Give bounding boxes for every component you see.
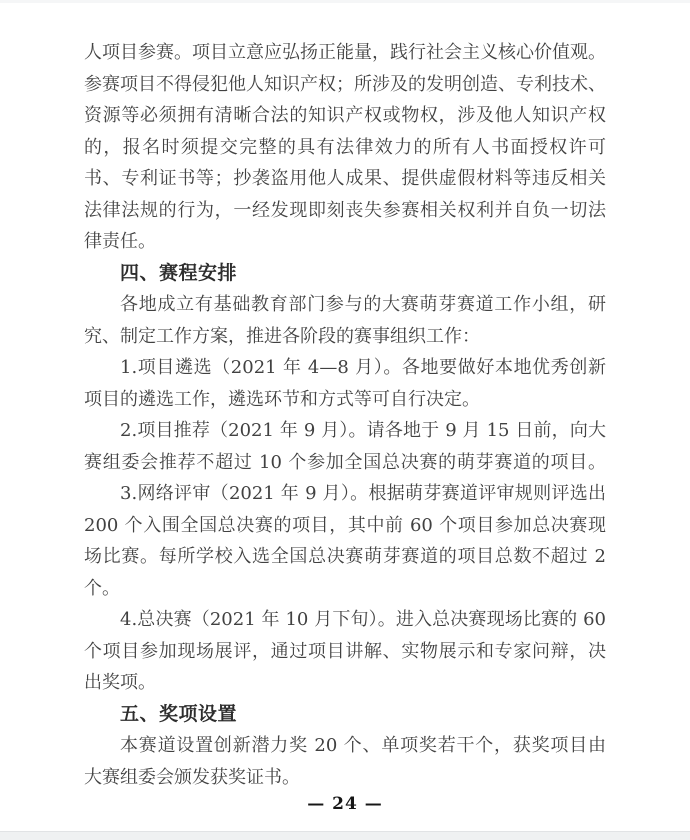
text-line: 参赛项目不得侵犯他人知识产权；所涉及的发明创造、专利技术、 [84, 69, 606, 101]
text-line: 书、专利证书等；抄袭盗用他人成果、提供虚假材料等违反相关 [84, 163, 606, 195]
page-number: — 24 — [0, 794, 690, 814]
text-line: 3.网络评审（2021 年 9 月）。根据萌芽赛道评审规则评选出 [84, 478, 606, 510]
text-line: 个项目参加现场展评，通过项目讲解、实物展示和专家问辩，决 [84, 636, 606, 668]
text-line: 项目的遴选工作，遴选环节和方式等可自行决定。 [84, 384, 606, 416]
text-line: 的，报名时须提交完整的具有法律效力的所有人书面授权许可 [84, 132, 606, 164]
section-heading: 五、奖项设置 [84, 699, 606, 731]
text-line: 本赛道设置创新潜力奖 20 个、单项奖若干个，获奖项目由 [84, 730, 606, 762]
text-line: 资源等必须拥有清晰合法的知识产权或物权，涉及他人知识产权 [84, 100, 606, 132]
page-top-edge [0, 0, 690, 3]
text-line: 律责任。 [84, 226, 606, 258]
text-line: 大赛组委会颁发获奖证书。 [84, 762, 606, 794]
text-line: 场比赛。每所学校入选全国总决赛萌芽赛道的项目总数不超过 2 [84, 541, 606, 573]
text-line: 人项目参赛。项目立意应弘扬正能量，践行社会主义核心价值观。 [84, 37, 606, 69]
text-line: 赛组委会推荐不超过 10 个参加全国总决赛的萌芽赛道的项目。 [84, 447, 606, 479]
text-line: 4.总决赛（2021 年 10 月下旬）。进入总决赛现场比赛的 60 [84, 604, 606, 636]
document-body: 人项目参赛。项目立意应弘扬正能量，践行社会主义核心价值观。参赛项目不得侵犯他人知… [84, 37, 606, 793]
text-line: 出奖项。 [84, 667, 606, 699]
text-line: 个。 [84, 573, 606, 605]
page-bottom-edge [0, 831, 690, 840]
text-line: 1.项目遴选（2021 年 4—8 月）。各地要做好本地优秀创新 [84, 352, 606, 384]
text-line: 各地成立有基础教育部门参与的大赛萌芽赛道工作小组，研 [84, 289, 606, 321]
text-line: 究、制定工作方案，推进各阶段的赛事组织工作： [84, 321, 606, 353]
section-heading: 四、赛程安排 [84, 258, 606, 290]
text-line: 法律法规的行为，一经发现即刻丧失参赛相关权利并自负一切法 [84, 195, 606, 227]
document-page: 人项目参赛。项目立意应弘扬正能量，践行社会主义核心价值观。参赛项目不得侵犯他人知… [0, 0, 690, 840]
text-line: 200 个入围全国总决赛的项目，其中前 60 个项目参加总决赛现 [84, 510, 606, 542]
text-line: 2.项目推荐（2021 年 9 月）。请各地于 9 月 15 日前，向大 [84, 415, 606, 447]
